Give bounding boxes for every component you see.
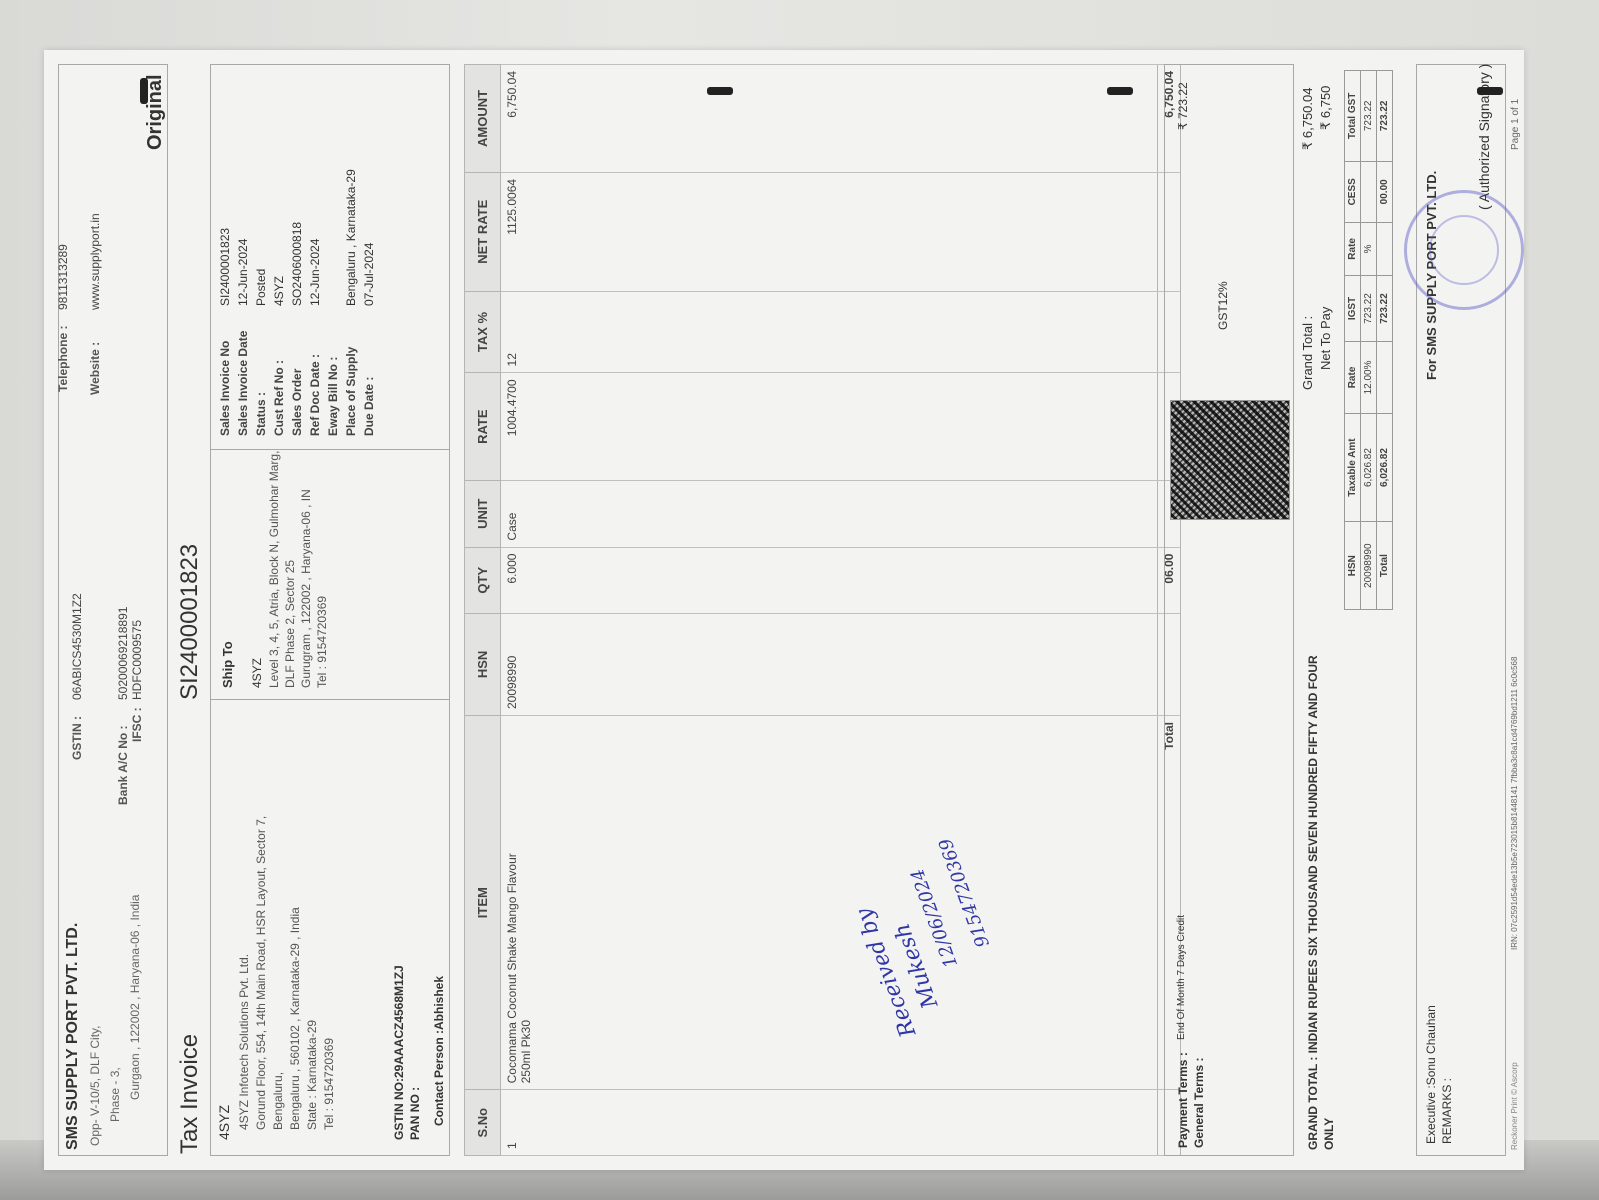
column-header: NET RATE xyxy=(465,172,501,291)
qr-code xyxy=(1170,400,1290,520)
gst-cell: 12.00% xyxy=(1361,342,1377,413)
column-header: QTY xyxy=(465,547,501,613)
gst-column-header: Rate xyxy=(1345,222,1361,275)
ifsc-label: IFSC : xyxy=(130,707,144,742)
gst-column-header: Rate xyxy=(1345,342,1361,413)
meta-value: Posted xyxy=(252,269,270,306)
invoice-meta: Sales Invoice NoSI2400001823Sales Invoic… xyxy=(216,169,378,436)
invoice-meta-row: Sales Invoice NoSI2400001823 xyxy=(216,169,234,436)
meta-label: Eway Bill No : xyxy=(324,306,342,436)
website-value[interactable]: www.supplyport.in xyxy=(88,213,102,310)
bill-to-line: 4SYZ Infotech Solutions Pvt. Ltd. xyxy=(236,816,253,1130)
meta-label: Place of Supply xyxy=(342,306,360,436)
contact-person: Contact Person :Abhishek xyxy=(432,976,446,1126)
column-header: AMOUNT xyxy=(465,65,501,173)
bill-to-line: Gorund Floor, 554, 14th Main Road, HSR L… xyxy=(253,816,270,1130)
binder-pin xyxy=(1477,87,1503,95)
ifsc-value: HDFC0009575 xyxy=(130,620,144,700)
website-label: Website : xyxy=(88,342,102,395)
invoice-meta-row: Cust Ref No :4SYZ xyxy=(270,169,288,436)
items-table: S.NoITEMHSNQTYUNITRATETAX %NET RATEAMOUN… xyxy=(464,64,1181,1156)
telephone-label: Telephone : xyxy=(56,326,70,392)
cell-hsn: 20098990 xyxy=(501,613,538,715)
invoice-meta-row: Due Date :07-Jul-2024 xyxy=(360,169,378,436)
meta-label: Sales Invoice Date xyxy=(234,306,252,436)
ship-to-line: Tel : 9154720369 xyxy=(314,451,330,688)
column-header: HSN xyxy=(465,613,501,715)
binder-pin xyxy=(707,87,733,95)
cell-tax: 12 xyxy=(501,291,538,373)
company-stamp xyxy=(1404,190,1524,310)
binder-pin xyxy=(140,78,148,104)
bill-to-pan: PAN NO : xyxy=(408,1087,422,1140)
gst-summary-table: HSNTaxable AmtRateIGSTRateCESSTotal GST … xyxy=(1344,70,1393,610)
gst-column-header: Total GST xyxy=(1345,71,1361,162)
document-title: Tax Invoice xyxy=(176,1034,204,1154)
meta-value: SO2406000818 xyxy=(288,222,306,306)
grand-total-label: Grand Total : xyxy=(1300,316,1315,390)
general-terms-label: General Terms : xyxy=(1192,1058,1206,1148)
meta-label: Cust Ref No : xyxy=(270,306,288,436)
gst-cell: 723.22 xyxy=(1361,71,1377,162)
table-row: 1Cocomama Coconut Shake Mango Flavour250… xyxy=(501,65,538,1156)
grand-total-value: ₹ 6,750.04 xyxy=(1300,88,1316,151)
divider xyxy=(210,449,450,450)
payment-terms-value: End Of Month 7 Days Credit xyxy=(1176,915,1187,1040)
bank-value: 50200069218891 xyxy=(116,607,130,700)
column-header: RATE xyxy=(465,373,501,480)
authorized-signatory: ( Authorized Signatory ) xyxy=(1476,64,1492,210)
bill-to-line: Tel : 9154720369 xyxy=(321,816,338,1130)
meta-label: Due Date : xyxy=(360,306,378,436)
net-to-pay-value: ₹ 6,750 xyxy=(1318,86,1334,130)
ship-to-line: Level 3, 4, 5, Atria, Block N, Gulmohar … xyxy=(266,451,282,688)
cell-net-rate: 1125.0064 xyxy=(501,172,538,291)
gst-column-header: CESS xyxy=(1345,161,1361,222)
gst-cell: % xyxy=(1361,222,1377,275)
meta-value: SI2400001823 xyxy=(216,228,234,306)
seller-address-3: Gurgaon , 122002 , Haryana-06 , India xyxy=(128,895,142,1100)
gst-total-cell: 723.22 xyxy=(1377,275,1393,341)
binder-pin xyxy=(1107,87,1133,95)
invoice-meta-row: Place of SupplyBengaluru , Karnataka-29 xyxy=(342,169,360,436)
gst-total-cell: 00.00 xyxy=(1377,161,1393,222)
invoice-meta-row: Eway Bill No : xyxy=(324,169,342,436)
cell-sno: 1 xyxy=(501,1090,538,1156)
gst-total-cell xyxy=(1377,342,1393,413)
item-name: Cocomama Coconut Shake Mango Flavour xyxy=(505,722,519,1083)
ship-to-name: 4SYZ xyxy=(250,658,264,688)
gst-total-cell: 6,026.82 xyxy=(1377,413,1393,522)
invoice-sheet: SMS SUPPLY PORT PVT. LTD. Opp- V-10/5, D… xyxy=(44,50,1524,1170)
net-to-pay-label: Net To Pay xyxy=(1318,307,1333,370)
gstin-value: 06ABICS4530M1Z2 xyxy=(70,593,84,700)
meta-label: Ref Doc Date : xyxy=(306,306,324,436)
invoice-meta-row: Sales Invoice Date12-Jun-2024 xyxy=(234,169,252,436)
invoice-meta-row: Sales OrderSO2406000818 xyxy=(288,169,306,436)
gst-row: 200989906,026.8212.00%723.22%723.22 xyxy=(1361,71,1377,610)
seller-address-1: Opp- V-10/5, DLF City, xyxy=(88,1026,102,1147)
cell-unit: Case xyxy=(501,480,538,547)
gst-column-header: Taxable Amt xyxy=(1345,413,1361,522)
bill-to-address: 4SYZ Infotech Solutions Pvt. Ltd. Gorund… xyxy=(236,816,338,1130)
ship-to-line: DLF Phase 2, Sector 25 xyxy=(282,451,298,688)
telephone-value: 9811313289 xyxy=(56,244,70,310)
bill-to-gstin: GSTIN NO:29AAACZ4568M1ZJ xyxy=(392,965,406,1140)
meta-label: Status : xyxy=(252,306,270,436)
seller-name: SMS SUPPLY PORT PVT. LTD. xyxy=(64,923,82,1150)
irn: IRN: 07c2591d54ede13b5e723015b81448141 7… xyxy=(1510,657,1519,950)
bank-label: Bank A/C No : xyxy=(116,725,130,805)
seller-address-2: Phase - 3, xyxy=(108,1067,122,1122)
column-header: ITEM xyxy=(465,716,501,1090)
cell-item: Cocomama Coconut Shake Mango Flavour250m… xyxy=(501,716,538,1090)
gst-cell: 723.22 xyxy=(1361,275,1377,341)
gst-cell: 6,026.82 xyxy=(1361,413,1377,522)
meta-value: 4SYZ xyxy=(270,276,288,306)
gst-total-cell xyxy=(1377,222,1393,275)
column-header: TAX % xyxy=(465,291,501,373)
cell-rate: 1004.4700 xyxy=(501,373,538,480)
column-header: UNIT xyxy=(465,480,501,547)
item-pack: 250ml Pk30 xyxy=(519,722,533,1083)
remarks-label: REMARKS : xyxy=(1440,1078,1454,1144)
payment-terms-label: Payment Terms : xyxy=(1176,1052,1190,1148)
bill-to-line: Bengaluru , 560102 , Karnataka-29 , Indi… xyxy=(287,816,304,1130)
gst-cell xyxy=(1361,161,1377,222)
meta-value: Bengaluru , Karnataka-29 xyxy=(342,169,360,306)
gst-total-cell: 723.22 xyxy=(1377,71,1393,162)
meta-label: Sales Invoice No xyxy=(216,306,234,436)
cell-qty: 6.000 xyxy=(501,547,538,613)
items-header-row: S.NoITEMHSNQTYUNITRATETAX %NET RATEAMOUN… xyxy=(465,65,501,1156)
bill-to-line: Bengaluru, xyxy=(270,816,287,1130)
amount-in-words-2: ONLY xyxy=(1322,1118,1336,1150)
column-header: S.No xyxy=(465,1090,501,1156)
meta-value: 07-Jul-2024 xyxy=(360,243,378,306)
ship-to-address: Level 3, 4, 5, Atria, Block N, Gulmohar … xyxy=(266,451,330,688)
gstin-label: GSTIN : xyxy=(70,716,84,760)
amount-in-words: GRAND TOTAL : INDIAN RUPEES SIX THOUSAND… xyxy=(1306,655,1320,1150)
gst-cell: 20098990 xyxy=(1361,522,1377,610)
gst-amount: ₹ 723.22 xyxy=(1176,82,1190,130)
invoice-meta-row: Status :Posted xyxy=(252,169,270,436)
executive: Executive :Sonu Chauhan xyxy=(1424,1005,1438,1144)
gst-rate-label: GST12% xyxy=(1216,281,1230,330)
meta-label: Sales Order xyxy=(288,306,306,436)
bill-to-line: State : Karnataka-29 xyxy=(304,816,321,1130)
invoice-meta-row: Ref Doc Date :12-Jun-2024 xyxy=(306,169,324,436)
meta-value: 12-Jun-2024 xyxy=(306,239,324,306)
ship-to-heading: Ship To xyxy=(220,641,235,688)
ship-to-line: Gurugram , 122002 , Haryana-06 , IN xyxy=(298,451,314,688)
cell-amount: 6,750.04 xyxy=(501,65,538,173)
gst-total-row: Total6,026.82723.2200.00723.22 xyxy=(1377,71,1393,610)
divider xyxy=(210,699,450,700)
invoice-number-heading: SI2400001823 xyxy=(176,544,204,700)
printed-by: Reckoner Print © Ascorp xyxy=(1510,1062,1519,1150)
gst-column-header: IGST xyxy=(1345,275,1361,341)
gst-total-cell: Total xyxy=(1377,522,1393,610)
meta-value: 12-Jun-2024 xyxy=(234,239,252,306)
page-number: Page 1 of 1 xyxy=(1510,99,1521,150)
gst-column-header: HSN xyxy=(1345,522,1361,610)
bill-to-name: 4SYZ xyxy=(216,1105,232,1140)
